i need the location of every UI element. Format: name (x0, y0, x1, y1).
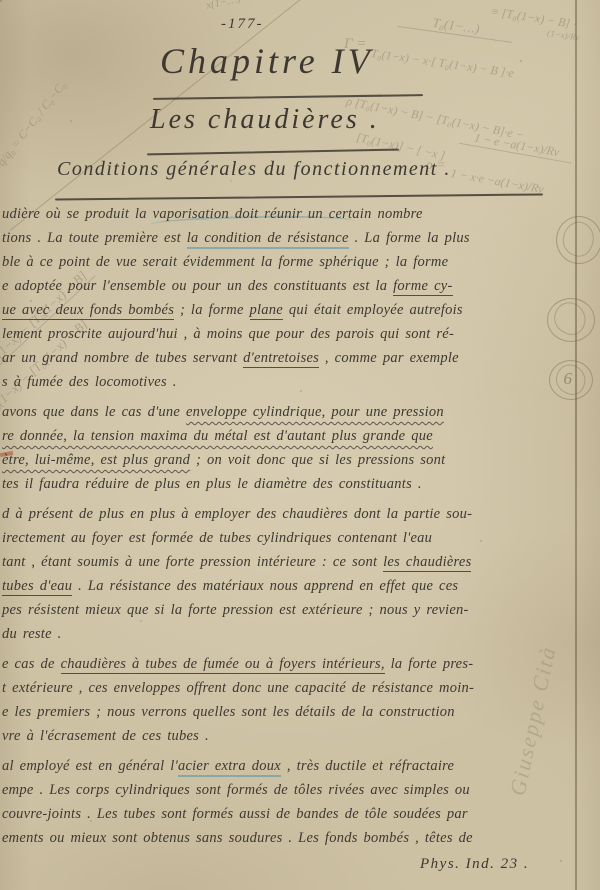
page-edge-line (575, 0, 577, 890)
handwritten-line: ements ou mieux sont obtenus sans soudur… (2, 826, 598, 850)
handwritten-line: ar un grand nombre de tubes servant d'en… (2, 346, 598, 370)
pencil-formula: x(1−…) (205, 0, 242, 12)
handwritten-line: tant , étant soumis à une forte pression… (2, 550, 598, 574)
handwritten-line: du reste . (2, 622, 598, 646)
handwritten-line: tions . La toute première est la conditi… (2, 226, 598, 250)
handwritten-line: pes résistent mieux que si la forte pres… (2, 598, 598, 622)
handwritten-line: e les premiers ; nous verrons quelles so… (2, 700, 598, 724)
handwritten-line: empe . Les corps cylindriques sont formé… (2, 778, 598, 802)
handwritten-line: e adoptée pour l'ensemble ou pour un des… (2, 274, 598, 298)
body-text: udière où se produit la vaporisation doi… (2, 202, 598, 856)
handwritten-line: d à présent de plus en plus à employer d… (2, 502, 598, 526)
manuscript-page: x(1−…)≡ [T₀(1−x) − B] ·T₀(1−…)Γ =T₀(1−x)… (0, 0, 600, 890)
handwritten-line: vre à l'écrasement de ces tubes . (2, 724, 598, 748)
handwritten-line: ble à ce point de vue serait évidemment … (2, 250, 598, 274)
pencil-formula: 1 − x·e −a(1−x)/Rv (449, 166, 544, 197)
paragraph: e cas de chaudières à tubes de fumée ou … (2, 652, 598, 748)
handwritten-line: tes il faudra réduire de plus en plus le… (2, 472, 598, 496)
paragraph: d à présent de plus en plus à employer d… (2, 502, 598, 646)
pencil-formula: T₀(1−x) − x·[ T₀(1−x) − B ]·e (370, 46, 515, 81)
paper-speckles (0, 0, 2, 2)
paragraph: al employé est en général l'acier extra … (2, 754, 598, 850)
footer-reference: Phys. Ind. 23 . (420, 856, 529, 873)
section-underline-stroke (55, 193, 543, 200)
handwritten-line: tubes d'eau . La résistance des matériau… (2, 574, 598, 598)
paragraph: udière où se produit la vaporisation doi… (2, 202, 598, 394)
handwritten-line: couvre-joints . Les tubes sont formés au… (2, 802, 598, 826)
pencil-formula: q/q₀ = C−C₀ / C₀−C₀ (0, 78, 70, 169)
handwritten-line: avons que dans le cas d'une enveloppe cy… (2, 400, 598, 424)
handwritten-line: ètre, lui-même, est plus grand ; on voit… (2, 448, 598, 472)
handwritten-line: lement proscrite aujourd'hui , à moins q… (2, 322, 598, 346)
handwritten-line: irectement au foyer est formée de tubes … (2, 526, 598, 550)
handwritten-line: ue avec deux fonds bombés ; la forme pla… (2, 298, 598, 322)
title-underline-stroke (147, 149, 399, 156)
document-title: Les chaudières . (150, 104, 380, 136)
handwritten-line: t extérieure , ces enveloppes offrent do… (2, 676, 598, 700)
handwritten-line: s à fumée des locomotives . (2, 370, 598, 394)
handwritten-line: udière où se produit la vaporisation doi… (2, 202, 598, 226)
handwritten-line: e cas de chaudières à tubes de fumée ou … (2, 652, 598, 676)
page-number: -177- (221, 16, 264, 33)
chapter-title: Chapitre IV (160, 40, 374, 82)
handwritten-line: al employé est en général l'acier extra … (2, 754, 598, 778)
chapter-underline-stroke (153, 94, 423, 100)
paragraph: avons que dans le cas d'une enveloppe cy… (2, 400, 598, 496)
handwritten-line: re donnée, la tension maxima du métal es… (2, 424, 598, 448)
section-title: Conditions générales du fonctionnement . (57, 158, 451, 181)
